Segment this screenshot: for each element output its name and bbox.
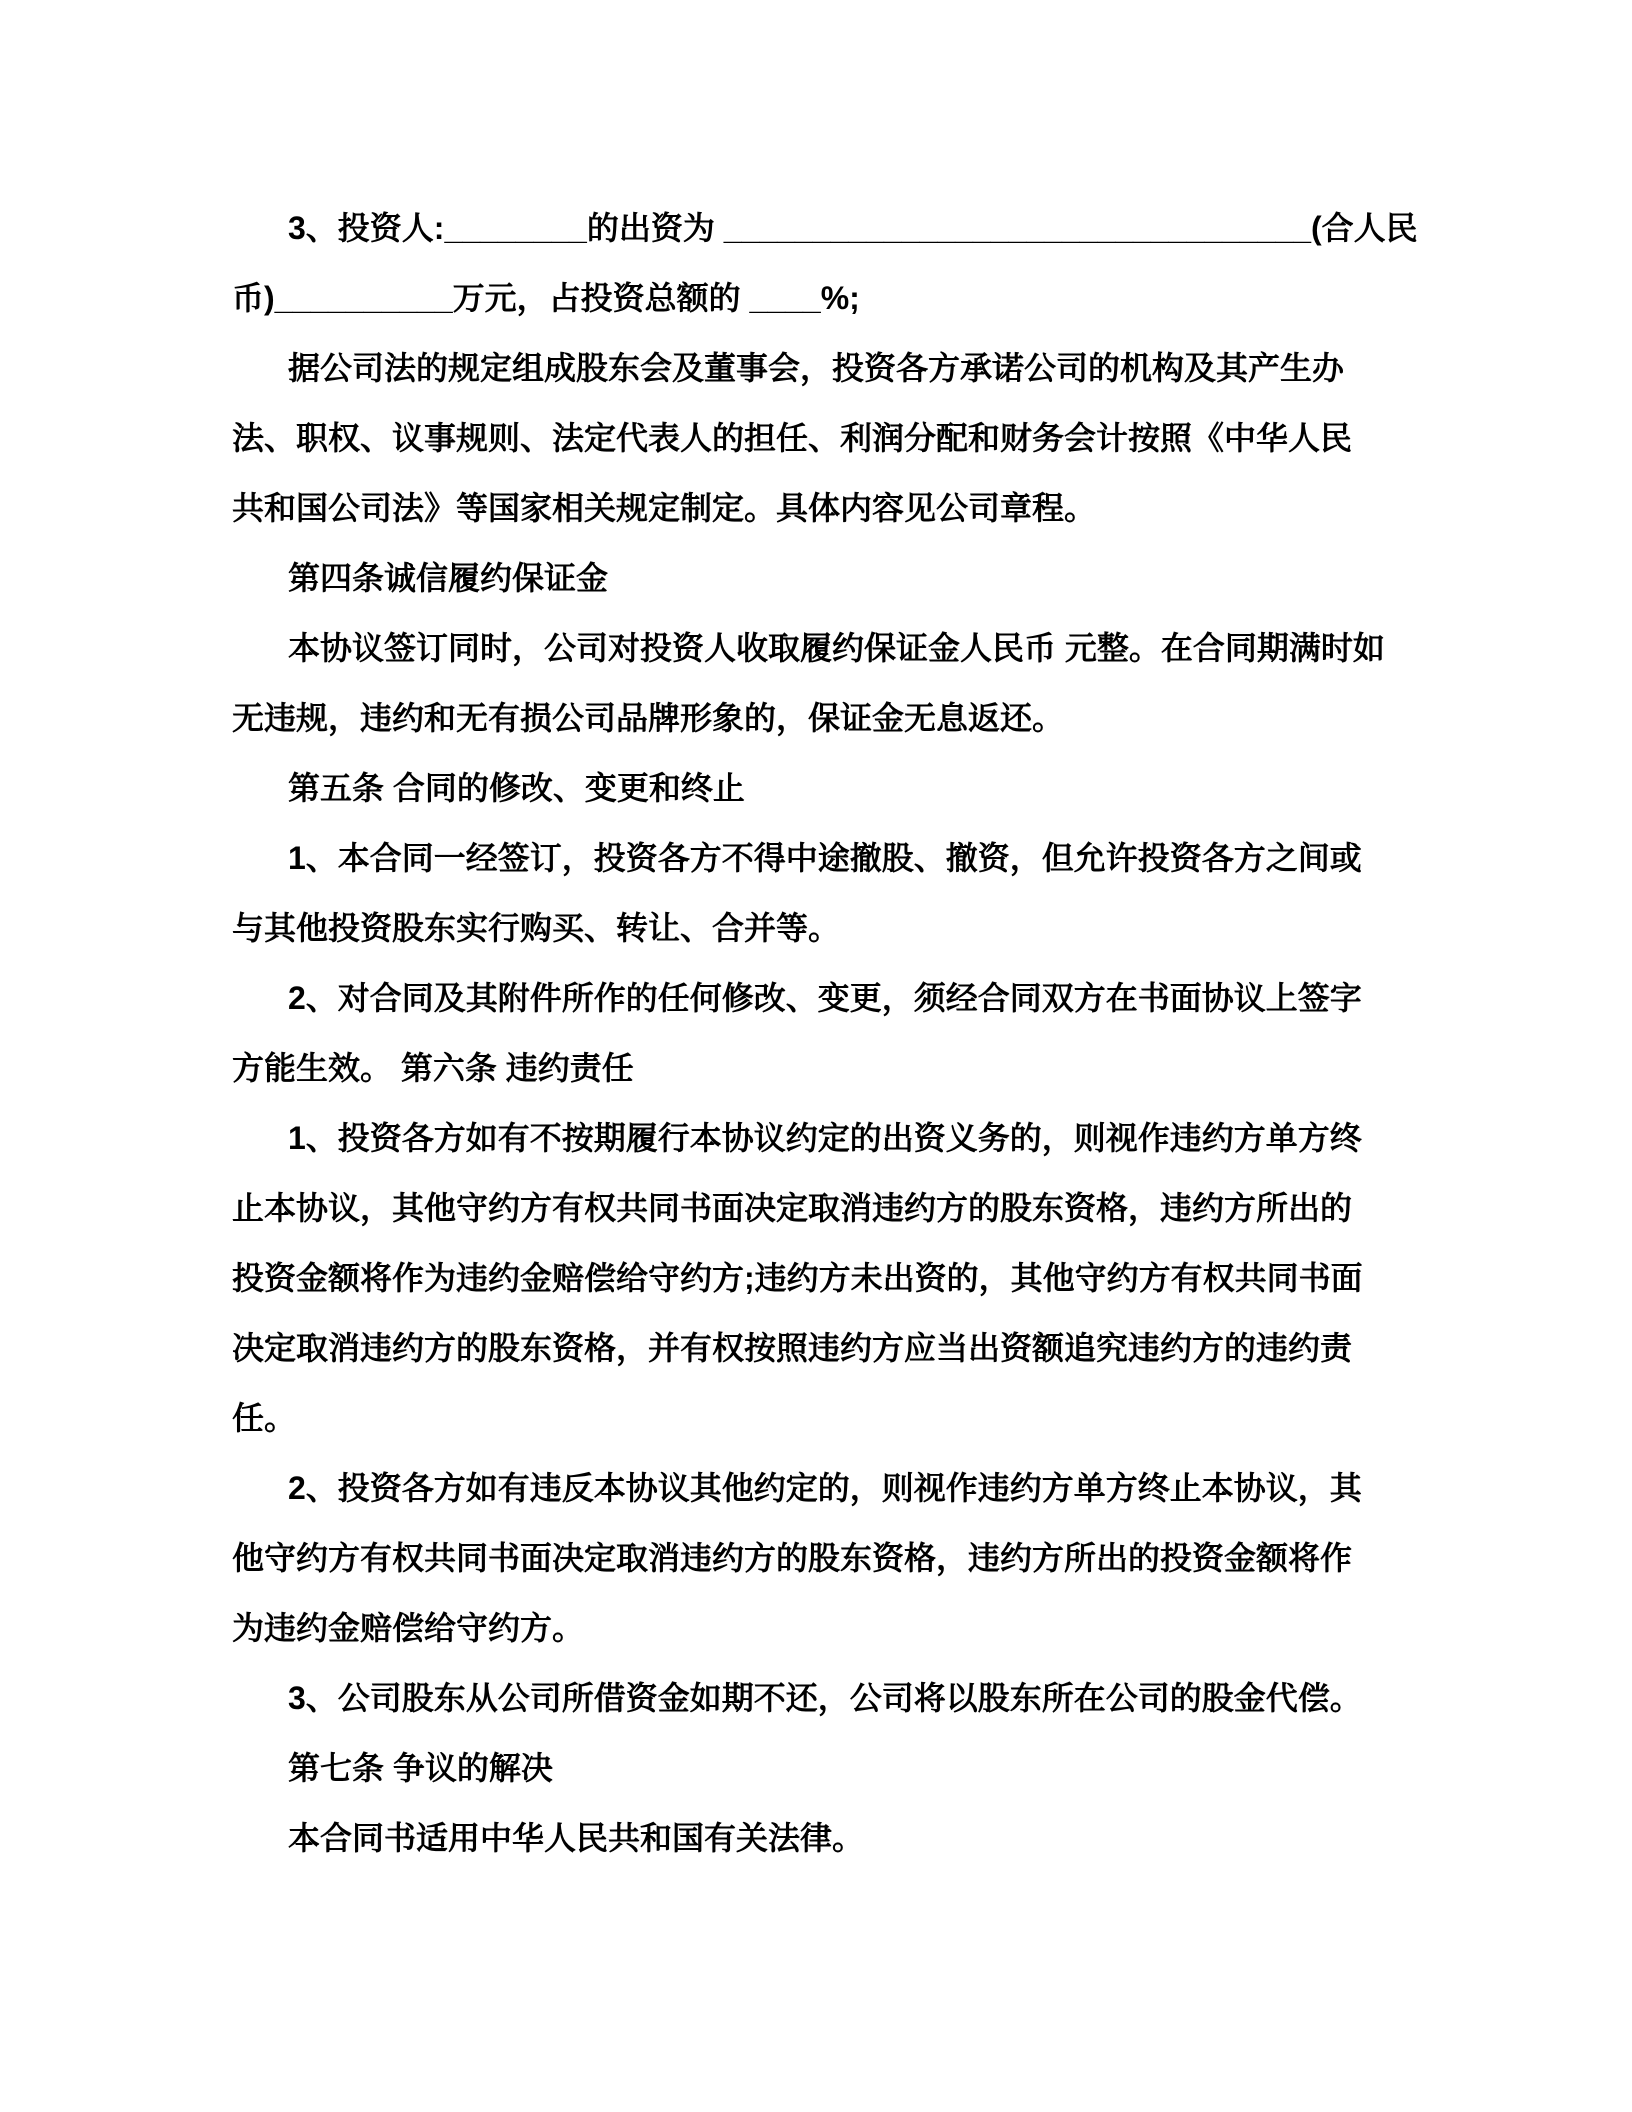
document-line: 无违规，违约和无有损公司品牌形象的，保证金无息返还。	[232, 683, 1372, 753]
document-line: 与其他投资股东实行购买、转让、合并等。	[232, 893, 1372, 963]
document-line: 3、投资人:________的出资为 _____________________…	[232, 193, 1372, 263]
document-line: 币)__________万元，占投资总额的 ____%;	[232, 263, 1372, 333]
document-line: 决定取消违约方的股东资格，并有权按照违约方应当出资额追究违约方的违约责	[232, 1313, 1372, 1383]
document-line: 方能生效。 第六条 违约责任	[232, 1033, 1372, 1103]
document-line: 1、投资各方如有不按期履行本协议约定的出资义务的，则视作违约方单方终	[232, 1103, 1372, 1173]
document-heading-clause-5: 第五条 合同的修改、变更和终止	[232, 753, 1372, 823]
document-line: 任。	[232, 1383, 1372, 1453]
document-line: 他守约方有权共同书面决定取消违约方的股东资格，违约方所出的投资金额将作	[232, 1523, 1372, 1593]
document-line: 本协议签订同时，公司对投资人收取履约保证金人民币 元整。在合同期满时如	[232, 613, 1372, 683]
document-line: 1、本合同一经签订，投资各方不得中途撤股、撤资，但允许投资各方之间或	[232, 823, 1372, 893]
document-line: 止本协议，其他守约方有权共同书面决定取消违约方的股东资格，违约方所出的	[232, 1173, 1372, 1243]
document-line: 3、公司股东从公司所借资金如期不还，公司将以股东所在公司的股金代偿。	[232, 1663, 1372, 1733]
document-line: 2、投资各方如有违反本协议其他约定的，则视作违约方单方终止本协议，其	[232, 1453, 1372, 1523]
document-heading-clause-7: 第七条 争议的解决	[232, 1733, 1372, 1803]
document-heading-clause-4: 第四条诚信履约保证金	[232, 543, 1372, 613]
document-line: 据公司法的规定组成股东会及董事会，投资各方承诺公司的机构及其产生办	[232, 333, 1372, 403]
document-line: 法、职权、议事规则、法定代表人的担任、利润分配和财务会计按照《中华人民	[232, 403, 1372, 473]
contract-document-page: 3、投资人:________的出资为 _____________________…	[0, 0, 1632, 2112]
document-line: 2、对合同及其附件所作的任何修改、变更，须经合同双方在书面协议上签字	[232, 963, 1372, 1033]
document-line: 投资金额将作为违约金赔偿给守约方;违约方未出资的，其他守约方有权共同书面	[232, 1243, 1372, 1313]
document-body: 3、投资人:________的出资为 _____________________…	[232, 193, 1372, 1873]
document-line: 为违约金赔偿给守约方。	[232, 1593, 1372, 1663]
document-line: 本合同书适用中华人民共和国有关法律。	[232, 1803, 1372, 1873]
document-line: 共和国公司法》等国家相关规定制定。具体内容见公司章程。	[232, 473, 1372, 543]
